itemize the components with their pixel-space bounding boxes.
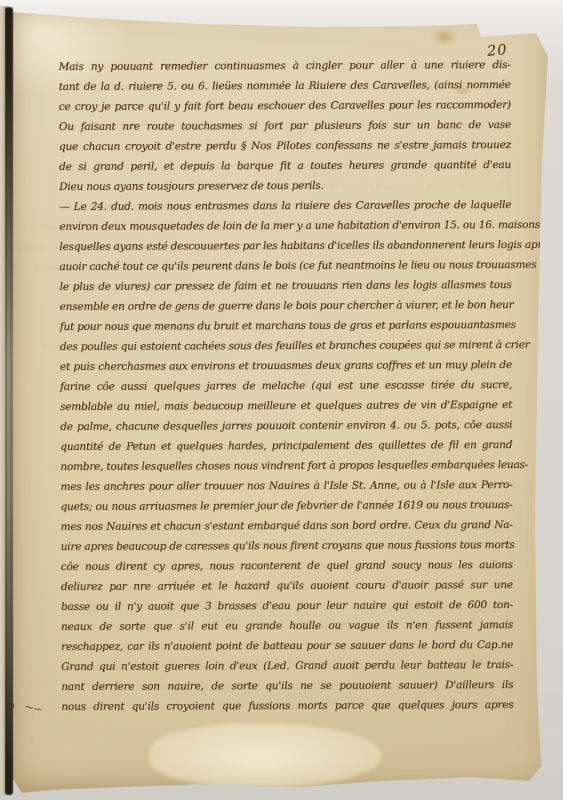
manuscript-line: le plus de viures) car pressez de faim e… (60, 275, 512, 297)
manuscript-line: ensemble en ordre de gens de guerre dans… (60, 295, 512, 317)
paper-stain (431, 29, 458, 45)
manuscript-line: Ou faisant nre route touchasmes si fort … (59, 115, 511, 137)
manuscript-line: nous dirent qu'ils croyoient que fussion… (61, 695, 513, 717)
manuscript-text-block: Mais ny pouuant remedier continuasmes à … (59, 55, 514, 717)
manuscript-line: neaux de sorte que s'il eut eu grande ho… (61, 615, 513, 637)
paper-stain (504, 27, 518, 36)
book-binding-gutter (5, 7, 13, 795)
manuscript-line: quantité de Petun et quelques hardes, pr… (60, 435, 512, 457)
manuscript-line: nombre, toutes lesquelles choses nous vi… (60, 455, 512, 477)
manuscript-line: nant derriere son nauire, de sorte qu'il… (61, 675, 513, 697)
folio-number: 20 (486, 42, 508, 60)
manuscript-line: ce croy je parce qu'il y fait fort beau … (59, 95, 511, 117)
photo-background: Mais ny pouuant remedier continuasmes à … (0, 0, 563, 800)
manuscript-line: tant de la d. riuiere 5. ou 6. lieües no… (59, 75, 511, 97)
manuscript-line: côe nous dirent cy apres, nous racontere… (61, 555, 513, 577)
water-stain (148, 722, 383, 788)
manuscript-line: que chacun croyoit d'estre perdu § Nos P… (59, 135, 511, 157)
manuscript-line: semblable au miel, mais beaucoup meilleu… (60, 395, 512, 417)
manuscript-line: — Le 24. dud. mois nous entrasmes dans l… (59, 195, 511, 217)
manuscript-page: Mais ny pouuant remedier continuasmes à … (0, 0, 563, 800)
manuscript-line: farine côe aussi quelques jarres de mela… (60, 375, 512, 397)
manuscript-line: lesquelles ayans esté descouuertes par l… (59, 235, 511, 257)
manuscript-line: uire apres beaucoup de caresses qu'ils n… (61, 535, 513, 557)
margin-scribble: ∼∽ (23, 699, 44, 716)
manuscript-line: deliurez par nre arriuée et le hazard qu… (61, 575, 513, 597)
manuscript-line: auoir caché tout ce qu'ils peurent dans … (59, 255, 511, 277)
manuscript-line: et puis cherchasmes aux environs et trou… (60, 355, 512, 377)
manuscript-line: de palme, chacune desquelles jarres pouu… (60, 415, 512, 437)
manuscript-line: de si grand peril, et depuis la barque f… (59, 155, 511, 177)
manuscript-line: basse ou il n'y auoit que 3 brasses d'ea… (61, 595, 513, 617)
manuscript-line: quets; ou nous arriuasmes le premier jou… (60, 495, 512, 517)
manuscript-line: Dieu nous ayans tousjours preservez de t… (59, 175, 511, 197)
manuscript-line: Mais ny pouuant remedier continuasmes à … (59, 55, 511, 77)
manuscript-line: environ deux mousquetades de loin de la … (59, 215, 511, 237)
manuscript-line: des poulles qui estoient cachées sous de… (60, 335, 512, 357)
manuscript-line: mes les anchres pour aller trouuer nos N… (60, 475, 512, 497)
manuscript-line: mes nos Nauires et chacun s'estant embar… (61, 515, 513, 537)
manuscript-line: Grand qui n'estoit gueres loin d'eux (Le… (61, 655, 513, 677)
manuscript-line: reschappez, car ils n'auoient point de b… (61, 635, 513, 657)
manuscript-line: fut pour nous que menans du bruit et mar… (60, 315, 512, 337)
